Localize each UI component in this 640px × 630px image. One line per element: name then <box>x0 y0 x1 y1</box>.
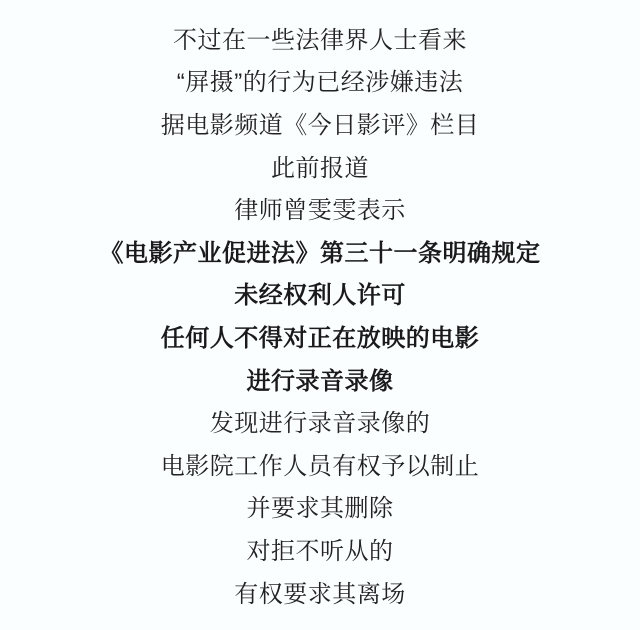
text-line-5: 律师曾雯雯表示 <box>234 186 406 229</box>
text-line-7: 未经权利人许可 <box>234 272 406 315</box>
text-line-11: 电影院工作人员有权予以制止 <box>161 442 480 485</box>
text-line-13: 对拒不听从的 <box>247 527 394 570</box>
text-line-4: 此前报道 <box>271 144 369 187</box>
article-text-block: 不过在一些法律界人士看来 “屏摄”的行为已经涉嫌违法 据电影频道《今日影评》栏目… <box>0 0 640 612</box>
text-line-9: 进行录音录像 <box>247 357 394 400</box>
text-line-3: 据电影频道《今日影评》栏目 <box>161 101 480 144</box>
text-line-2: “屏摄”的行为已经涉嫌违法 <box>177 59 463 102</box>
text-line-10: 发现进行录音录像的 <box>210 399 431 442</box>
text-line-14: 有权要求其离场 <box>234 570 406 613</box>
text-line-8: 任何人不得对正在放映的电影 <box>161 314 480 357</box>
text-line-1: 不过在一些法律界人士看来 <box>173 16 467 59</box>
text-line-12: 并要求其删除 <box>247 485 394 528</box>
text-line-6: 《电影产业促进法》第三十一条明确规定 <box>100 229 541 272</box>
